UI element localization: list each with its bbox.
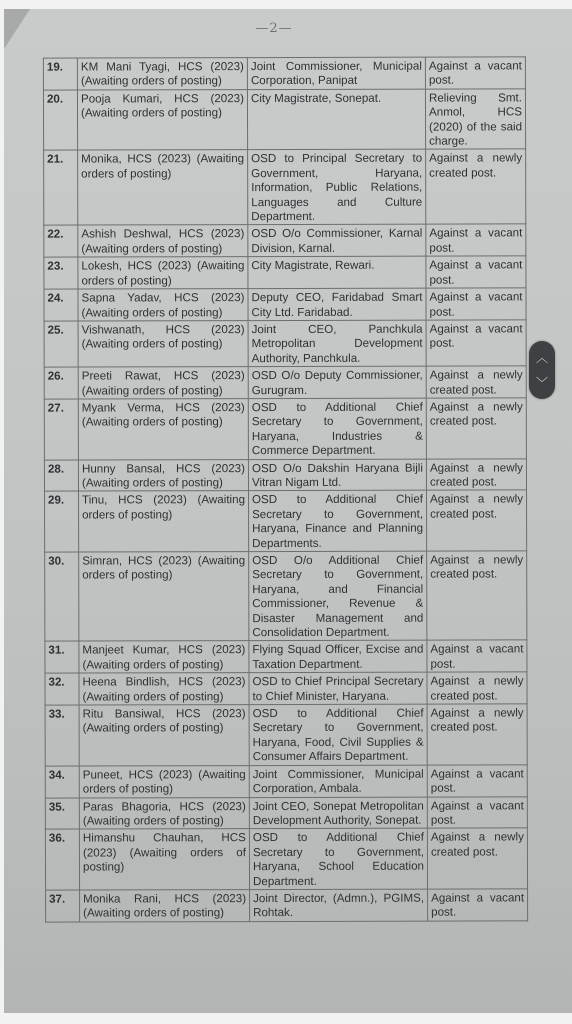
officer-name: Vishwanath, HCS (2023) (Awaiting orders … <box>78 321 248 368</box>
serial-number: 34. <box>45 766 79 798</box>
officer-name: Pooja Kumari, HCS (2023) (Awaiting order… <box>77 89 247 150</box>
posting-designation: Flying Squad Officer, Excise and Taxatio… <box>249 641 427 673</box>
officer-name: Monika Rani, HCS (2023) (Awaiting orders… <box>80 890 250 922</box>
page-scroll-control[interactable]: ︿ ﹀ <box>529 341 555 399</box>
table-row: 29.Tinu, HCS (2023) (Awaiting orders of … <box>45 490 527 552</box>
posting-designation: Joint Commissioner, Municipal Corporatio… <box>247 57 425 89</box>
serial-number: 27. <box>44 399 78 460</box>
posting-remarks: Against a newly created post. <box>426 398 526 459</box>
chevron-down-icon[interactable]: ﹀ <box>536 377 548 389</box>
table-row: 25.Vishwanath, HCS (2023) (Awaiting orde… <box>44 320 526 367</box>
posting-designation: OSD to Additional Chief Secretary to Gov… <box>249 704 427 765</box>
table-row: 23.Lokesh, HCS (2023) (Awaiting orders o… <box>44 256 526 289</box>
officer-name: Preeti Rawat, HCS (2023) (Awaiting order… <box>78 367 248 399</box>
serial-number: 24. <box>44 289 78 321</box>
officer-name: Myank Verma, HCS (2023) (Awaiting orders… <box>78 399 248 460</box>
table-row: 19.KM Mani Tyagi, HCS (2023) (Awaiting o… <box>43 57 525 90</box>
posting-designation: Joint CEO, Panchkula Metropolitan Develo… <box>248 320 426 367</box>
table-row: 26.Preeti Rawat, HCS (2023) (Awaiting or… <box>44 366 526 399</box>
serial-number: 22. <box>44 226 78 258</box>
posting-remarks: Against a newly created post. <box>426 366 526 398</box>
serial-number: 21. <box>44 150 78 225</box>
posting-remarks: Against a newly created post. <box>427 551 527 641</box>
table-row: 33.Ritu Bansiwal, HCS (2023) (Awaiting o… <box>45 704 527 766</box>
serial-number: 36. <box>45 829 79 890</box>
posting-designation: OSD to Additional Chief Secretary to Gov… <box>248 398 426 459</box>
officer-name: Ritu Bansiwal, HCS (2023) (Awaiting orde… <box>79 705 249 766</box>
officer-name: Paras Bhagoria, HCS (2023) (Awaiting ord… <box>79 797 249 829</box>
officer-name: Himanshu Chauhan, HCS (2023) (Awaiting o… <box>79 829 249 890</box>
posting-orders-table: 19.KM Mani Tyagi, HCS (2023) (Awaiting o… <box>43 56 528 922</box>
posting-designation: OSD O/o Additional Chief Secretary to Go… <box>249 551 427 641</box>
posting-remarks: Against a newly created post. <box>426 149 526 224</box>
posting-designation: OSD O/o Commissioner, Karnal Division, K… <box>248 225 426 257</box>
serial-number: 32. <box>45 673 79 705</box>
officer-name: Hunny Bansal, HCS (2023) (Awaiting order… <box>78 459 248 491</box>
table-row: 27.Myank Verma, HCS (2023) (Awaiting ord… <box>44 398 526 460</box>
posting-designation: City Magistrate, Sonepat. <box>247 89 425 150</box>
table-row: 31.Manjeet Kumar, HCS (2023) (Awaiting o… <box>45 640 527 673</box>
serial-number: 30. <box>45 552 79 642</box>
serial-number: 35. <box>45 798 79 830</box>
table-row: 35.Paras Bhagoria, HCS (2023) (Awaiting … <box>45 796 527 829</box>
officer-name: Heena Bindlish, HCS (2023) (Awaiting ord… <box>79 673 249 705</box>
posting-remarks: Against a vacant post. <box>426 320 526 366</box>
officer-name: Puneet, HCS (2023) (Awaiting orders of p… <box>79 765 249 797</box>
posting-designation: Joint Director, (Admn.), PGIMS, Rohtak. <box>250 889 428 921</box>
table-row: 24.Sapna Yadav, HCS (2023) (Awaiting ord… <box>44 288 526 321</box>
posting-remarks: Relieving Smt. Anmol, HCS (2020) of the … <box>425 89 525 150</box>
serial-number: 29. <box>45 491 79 552</box>
table-row: 36.Himanshu Chauhan, HCS (2023) (Awaitin… <box>45 828 527 890</box>
serial-number: 23. <box>44 257 78 289</box>
posting-remarks: Against a vacant post. <box>426 224 526 256</box>
posting-remarks: Against a vacant post. <box>427 796 527 828</box>
serial-number: 28. <box>44 460 78 492</box>
officer-name: Tinu, HCS (2023) (Awaiting orders of pos… <box>79 491 249 552</box>
posting-remarks: Against a vacant post. <box>427 765 527 797</box>
posting-remarks: Against a vacant post. <box>428 889 528 921</box>
table-row: 21.Monika, HCS (2023) (Awaiting orders o… <box>44 149 526 225</box>
serial-number: 19. <box>43 58 77 90</box>
officer-name: Ashish Deshwal, HCS (2023) (Awaiting ord… <box>78 225 248 257</box>
table-row: 37.Monika Rani, HCS (2023) (Awaiting ord… <box>46 889 528 922</box>
posting-designation: OSD O/o Deputy Commissioner, Gurugram. <box>248 366 426 398</box>
posting-designation: OSD O/o Dakshin Haryana Bijli Vitran Nig… <box>248 459 426 491</box>
posting-designation: OSD to Additional Chief Secretary to Gov… <box>249 491 427 552</box>
table-row: 20.Pooja Kumari, HCS (2023) (Awaiting or… <box>43 89 525 151</box>
table-row: 28.Hunny Bansal, HCS (2023) (Awaiting or… <box>44 458 526 491</box>
officer-name: KM Mani Tyagi, HCS (2023) (Awaiting orde… <box>77 58 247 90</box>
chevron-up-icon[interactable]: ︿ <box>536 352 548 364</box>
serial-number: 37. <box>46 890 80 922</box>
posting-remarks: Against a newly created post. <box>427 704 527 765</box>
table-row: 32.Heena Bindlish, HCS (2023) (Awaiting … <box>45 672 527 705</box>
page-corner-fold <box>4 9 30 49</box>
officer-name: Sapna Yadav, HCS (2023) (Awaiting orders… <box>78 289 248 321</box>
posting-designation: OSD to Additional Chief Secretary to Gov… <box>249 828 427 889</box>
posting-remarks: Against a newly created post. <box>427 490 527 551</box>
posting-designation: OSD to Chief Principal Secretary to Chie… <box>249 672 427 704</box>
serial-number: 26. <box>44 367 78 399</box>
officer-name: Simran, HCS (2023) (Awaiting orders of p… <box>79 552 249 642</box>
table-row: 30.Simran, HCS (2023) (Awaiting orders o… <box>45 551 527 642</box>
posting-remarks: Against a vacant post. <box>425 57 525 89</box>
table-row: 22.Ashish Deshwal, HCS (2023) (Awaiting … <box>44 224 526 257</box>
serial-number: 31. <box>45 641 79 673</box>
serial-number: 33. <box>45 705 79 766</box>
posting-designation: Joint CEO, Sonepat Metropolitan Developm… <box>249 797 427 829</box>
posting-designation: OSD to Principal Secretary to Government… <box>248 150 426 225</box>
posting-remarks: Against a vacant post. <box>426 256 526 288</box>
posting-remarks: Against a vacant post. <box>427 640 527 672</box>
posting-designation: City Magistrate, Rewari. <box>248 256 426 288</box>
serial-number: 25. <box>44 321 78 367</box>
posting-designation: Deputy CEO, Faridabad Smart City Ltd. Fa… <box>248 288 426 320</box>
table-row: 34.Puneet, HCS (2023) (Awaiting orders o… <box>45 765 527 798</box>
serial-number: 20. <box>43 90 77 151</box>
posting-designation: Joint Commissioner, Municipal Corporatio… <box>249 765 427 797</box>
officer-name: Monika, HCS (2023) (Awaiting orders of p… <box>78 150 248 225</box>
page-number: —2— <box>254 21 294 36</box>
posting-remarks: Against a newly created post. <box>426 458 526 490</box>
posting-remarks: Against a newly created post. <box>427 828 527 889</box>
officer-name: Manjeet Kumar, HCS (2023) (Awaiting orde… <box>79 641 249 673</box>
posting-remarks: Against a vacant post. <box>426 288 526 320</box>
posting-remarks: Against a newly created post. <box>427 672 527 704</box>
officer-name: Lokesh, HCS (2023) (Awaiting orders of p… <box>78 257 248 289</box>
